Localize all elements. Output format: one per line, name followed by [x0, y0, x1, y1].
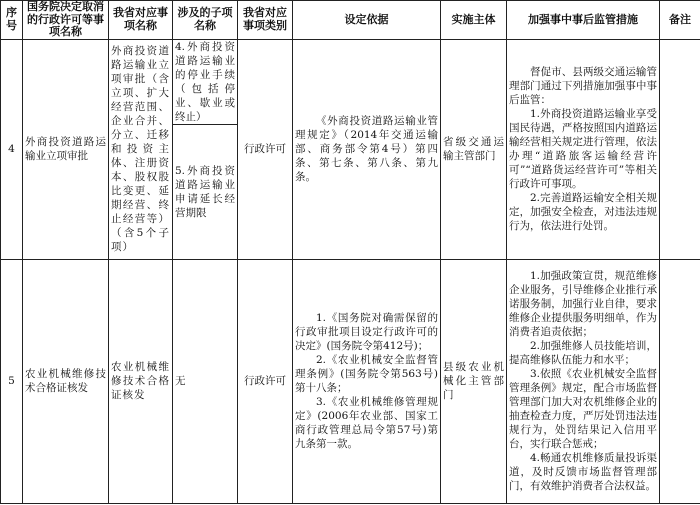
header-basis: 设定依据 — [293, 1, 441, 40]
measure-paragraph: 督促市、县两级交通运输管理部门通过下列措施加强事中事后监管： — [509, 65, 657, 107]
cell-province-item: 农业机械维修技术合格证核发 — [109, 259, 173, 503]
cell-no: 4 — [1, 39, 23, 259]
cell-measures: 1.加强政策宣贯，规范维修企业服务，引导维修企业推行承诺服务制，加强行业自律，要… — [507, 259, 660, 503]
measure-paragraph: 4.畅通农机维修质量投诉渠道，及时反馈市场监督管理部门，有效维护消费者合法权益。 — [509, 451, 657, 493]
basis-paragraph: 2.《农业机械安全监督管理条例》(国务院令第563号)第十八条； — [295, 353, 438, 395]
header-province-item: 我省对应事项名称 — [109, 1, 173, 40]
basis-paragraph: 《外商投资道路运输业管理规定》（2014年交通运输部、商务部令第4号）第四条、第… — [295, 114, 438, 184]
cell-remark — [660, 259, 700, 503]
cell-basis: 1.《国务院对确需保留的行政审批项目设定行政许可的决定》(国务院令第412号)；… — [293, 259, 441, 503]
cell-cancelled-item: 外商投资道路运输业立项审批 — [23, 39, 109, 259]
cell-measures: 督促市、县两级交通运输管理部门通过下列措施加强事中事后监管： 1.外商投资道路运… — [507, 39, 660, 259]
header-category: 我省对应事项类别 — [238, 1, 293, 40]
basis-paragraph: 3.《农业机械维修管理规定》(2006年农业部、国家工商行政管理总局令第57号)… — [295, 395, 438, 451]
header-no: 序号 — [1, 1, 23, 40]
cell-basis: 《外商投资道路运输业管理规定》（2014年交通运输部、商务部令第4号）第四条、第… — [293, 39, 441, 259]
header-cancelled-item: 国务院决定取消的行政许可等事项名称 — [23, 1, 109, 40]
measure-paragraph: 1.外商投资道路运输业享受国民待遇，严格按照国内道路运输经营相关规定进行管理，依… — [509, 107, 657, 191]
table-row: 5 农业机械维修技术合格证核发 农业机械维修技术合格证核发 无 行政许可 1.《… — [1, 259, 700, 503]
basis-paragraph: 1.《国务院对确需保留的行政审批项目设定行政许可的决定》(国务院令第412号)； — [295, 311, 438, 353]
regulatory-table: 序号 国务院决定取消的行政许可等事项名称 我省对应事项名称 涉及的子项名称 我省… — [0, 0, 700, 504]
header-remark: 备注 — [660, 1, 700, 40]
header-measures: 加强事中事后监管措施 — [507, 1, 660, 40]
cell-category: 行政许可 — [238, 259, 293, 503]
cell-no: 5 — [1, 259, 23, 503]
cell-subitem: 4.外商投资道路运输业的停业手续（包括停业、歇业或终止） — [173, 39, 238, 124]
cell-subitem: 5.外商投资道路运输业申请延长经营期限 — [173, 124, 238, 259]
measure-paragraph: 3.依照《农业机械安全监督管理条例》规定，配合市场监督管理部门加大对农机维修企业… — [509, 367, 657, 451]
cell-province-item: 外商投资道路运输业立项审批（含立项、扩大经营范围、企业合并、分立、迁移和投资主体… — [109, 39, 173, 259]
header-authority: 实施主体 — [441, 1, 507, 40]
measure-paragraph: 2.加强维修人员技能培训，提高维修队伍能力和水平； — [509, 339, 657, 367]
cell-remark — [660, 39, 700, 259]
cell-category: 行政许可 — [238, 39, 293, 259]
table-row: 4 外商投资道路运输业立项审批 外商投资道路运输业立项审批（含立项、扩大经营范围… — [1, 39, 700, 124]
measure-paragraph: 1.加强政策宣贯，规范维修企业服务，引导维修企业推行承诺服务制，加强行业自律，要… — [509, 269, 657, 339]
cell-subitem: 无 — [173, 259, 238, 503]
header-row: 序号 国务院决定取消的行政许可等事项名称 我省对应事项名称 涉及的子项名称 我省… — [1, 1, 700, 40]
cell-authority: 县级农业机械化主管部门 — [441, 259, 507, 503]
cell-cancelled-item: 农业机械维修技术合格证核发 — [23, 259, 109, 503]
measure-paragraph: 2.完善道路运输安全相关规定，加强安全检查，对违法违规行为，依法进行处罚。 — [509, 191, 657, 233]
cell-authority: 省级交通运输主管部门 — [441, 39, 507, 259]
header-subitems: 涉及的子项名称 — [173, 1, 238, 40]
